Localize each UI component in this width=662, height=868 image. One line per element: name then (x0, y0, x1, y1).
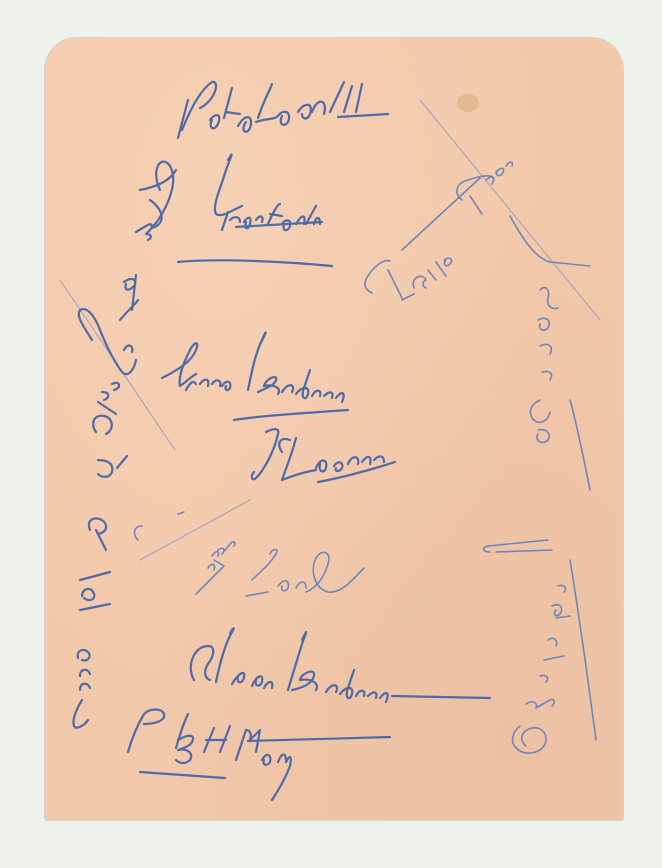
signature-eric-bedser (162, 332, 348, 420)
signature-jc-laker (252, 429, 395, 482)
signature-dgw-fletcher (140, 155, 332, 266)
signature-tony-lock (135, 512, 364, 596)
signature-p-subba-row (365, 162, 513, 300)
signatures-layer (0, 0, 662, 868)
signature-pbh-may (128, 710, 390, 801)
signature-peter-loader (178, 82, 388, 138)
signature-louie-clark (73, 518, 110, 727)
signature-w-stuart-surridge (79, 224, 152, 476)
pencil-guide-lines (60, 100, 600, 560)
signature-b-constable (484, 216, 590, 552)
signature-aj-mcintyre (513, 560, 596, 753)
signature-alec-bedser (191, 628, 490, 702)
